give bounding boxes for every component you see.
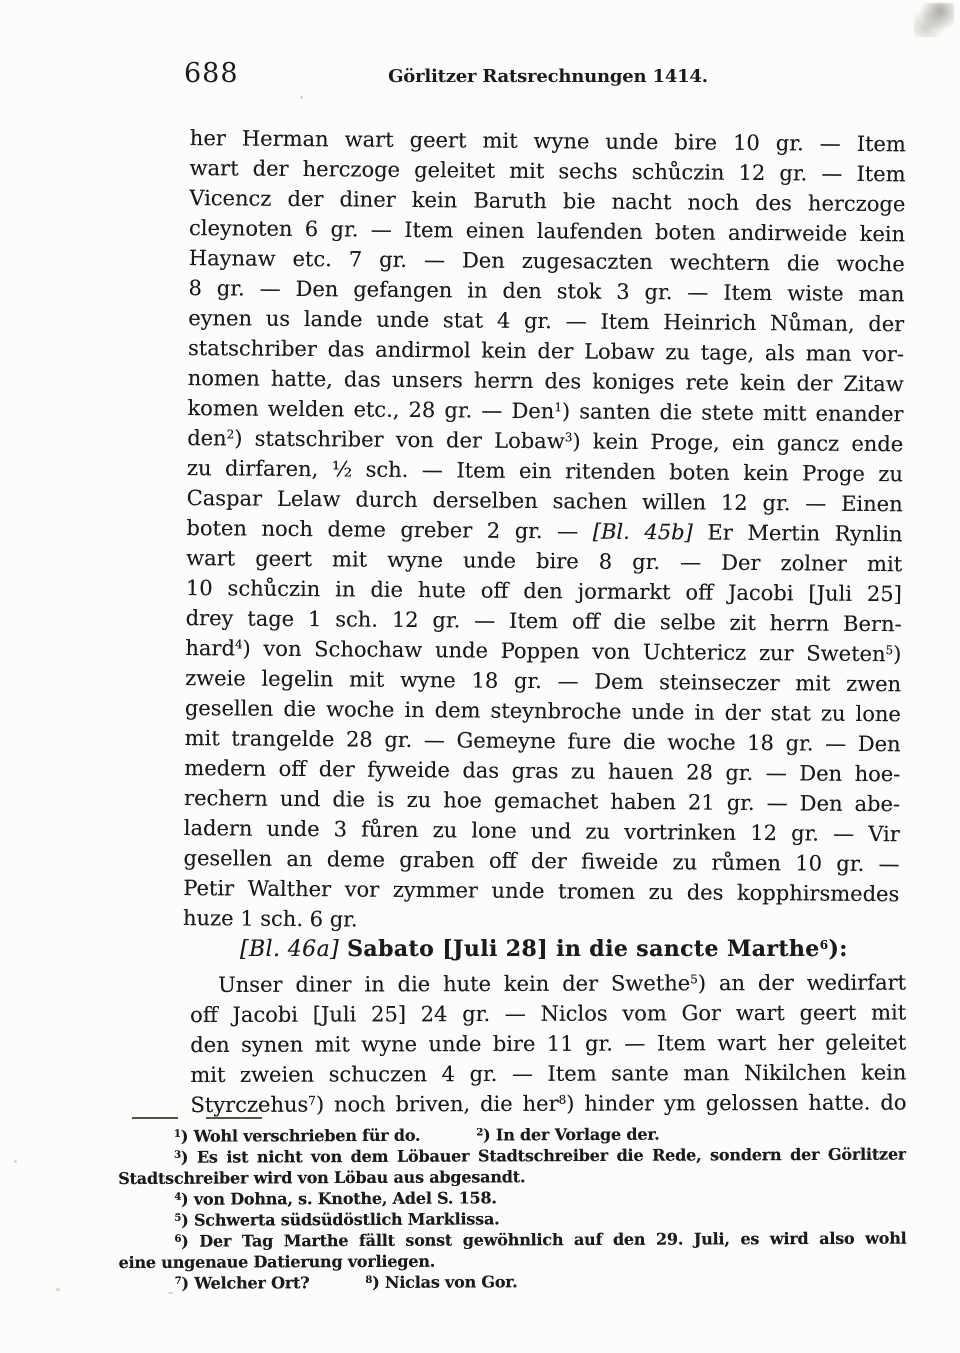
text-run: den <box>187 426 227 450</box>
entries-paragraph-2: Unser diner in die hute kein der Swethe5… <box>190 968 907 1120</box>
text-run: medern off der fyweide das gras zu hauen… <box>184 756 900 786</box>
footnote-reference: 4 <box>235 637 243 651</box>
footnote-line: 7) Welcher Ort?8) Niclas von Gor. <box>119 1270 907 1294</box>
text-line: mit zweien schuczen 4 gr. — Item sante m… <box>190 1058 906 1090</box>
text-run: wart geert mit wyne unde bire 8 gr. — De… <box>186 546 902 576</box>
footnote-reference: 1 <box>554 400 562 414</box>
text-run: [Bl. 46a] <box>240 937 339 962</box>
text-run: mit trangelde 28 gr. — Gemeyne fure die … <box>185 726 901 756</box>
scanned-book-page: 688 Görlitzer Ratsrechnungen 1414. her H… <box>0 0 960 1353</box>
text-run: ) Welcher Ort? <box>181 1273 309 1293</box>
text-run: den synen mit wyne unde bire 11 gr. — It… <box>190 1031 906 1057</box>
text-run: eine ungenaue Datierung vorliegen. <box>119 1252 436 1272</box>
section-heading-sabato: [Bl. 46a] Sabato [Juli 28] in die sancte… <box>240 934 920 965</box>
text-run: 10 schůczin in die hute off den jormarkt… <box>186 576 902 606</box>
text-run: komen welden etc., 28 gr. — Den <box>187 396 554 423</box>
footnote-reference: 7 <box>308 1094 316 1108</box>
text-run: ): <box>828 936 847 962</box>
footnote-reference: 4 <box>174 1192 181 1203</box>
text-run: statschriber das andirmol kein der Lobaw… <box>188 336 904 366</box>
text-run: wart der herczoge geleitet mit sechs sch… <box>190 156 906 186</box>
scan-speck <box>14 1160 17 1163</box>
text-run: ) <box>893 642 901 666</box>
text-line: Unser diner in die hute kein der Swethe5… <box>190 968 906 1000</box>
text-run: huze 1 sch. 6 gr. <box>183 906 358 932</box>
footnote-reference: 5 <box>174 1213 181 1224</box>
footnote-reference: 8 <box>365 1275 372 1286</box>
text-run: nomen hatte, das unsers herrn des konige… <box>188 366 904 396</box>
footnote-reference: 3 <box>174 1150 181 1161</box>
running-header: Görlitzer Ratsrechnungen 1414. <box>190 66 906 87</box>
text-line: 30off Jacobi [Juli 25] 24 gr. — Niclos v… <box>190 998 906 1030</box>
text-run: ) an der wedirfart <box>698 971 906 996</box>
scan-smudge-artifact <box>914 3 954 37</box>
footnote-reference: 3 <box>565 430 573 444</box>
text-run: boten noch deme greber 2 gr. — <box>186 516 593 544</box>
footnotes-block: 1) Wohl verschrieben für do.2) In der Vo… <box>118 1123 907 1294</box>
text-run: ) santen die stete mitt enander <box>562 399 904 426</box>
text-run: ) Es ist nicht von dem Löbauer Stadtschr… <box>181 1145 906 1167</box>
scan-speck <box>300 96 303 99</box>
text-run: [Bl. 45b] <box>593 520 693 545</box>
text-run: rechern und die is zu hoe gemachet haben… <box>184 786 900 816</box>
text-run: ) noch briven, die her <box>316 1092 559 1117</box>
text-run: ) hinder ym gelossen hatte. do <box>566 1091 906 1116</box>
footnote-reference: 5 <box>690 972 698 986</box>
text-run: Sabato [Juli 28] in die sancte Marthe <box>339 936 820 962</box>
text-line: Styrczehus7) noch briven, die her8) hind… <box>190 1088 906 1120</box>
text-run: ) statschriber von der Lobaw <box>234 426 565 453</box>
text-run: Haynaw etc. 7 gr. — Den zugesaczten wech… <box>189 246 905 276</box>
text-run: ) von Dohna, s. Knothe, Adel S. 158. <box>181 1188 497 1208</box>
text-run: ) In der Vorlage der. <box>483 1125 659 1145</box>
text-run: hard <box>185 636 235 660</box>
footnote-reference: 2 <box>476 1127 483 1138</box>
text-run: drey tage 1 sch. 12 gr. — Item off die s… <box>186 606 902 636</box>
footnote-reference: 5 <box>886 643 894 657</box>
text-run: ) Wohl verschrieben für do. <box>181 1126 421 1146</box>
text-run: ) von Schochaw unde Poppen von Uchtericz… <box>242 636 885 666</box>
footnote-reference: 6 <box>174 1234 181 1245</box>
text-run: ) Der Tag Marthe fällt sonst gewöhnlich … <box>181 1229 906 1251</box>
footnote-reference: 1 <box>174 1129 181 1140</box>
text-run: 8 gr. — Den gefangen in den stok 3 gr. —… <box>188 276 904 306</box>
text-line: den synen mit wyne unde bire 11 gr. — It… <box>190 1028 906 1060</box>
footnote-reference: 7 <box>175 1276 182 1287</box>
text-run: her Herman wart geert mit wyne unde bire… <box>190 126 906 156</box>
footnote-reference: 6 <box>820 938 829 952</box>
text-run: off Jacobi [Juli 25] 24 gr. — Niclos vom… <box>190 1001 906 1027</box>
text-run: gesellen an deme graben off der fiweide … <box>183 846 899 876</box>
text-run: Caspar Lelaw durch derselben sachen will… <box>187 486 903 516</box>
text-run: ) Schwerta südsüdöstlich Marklissa. <box>181 1209 499 1229</box>
text-run: eynen us lande unde stat 4 gr. — Item He… <box>188 306 904 336</box>
text-run: Unser diner in die hute kein der Swethe <box>218 971 690 997</box>
footnote-separator-rule <box>132 1117 178 1119</box>
text-run: ) Niclas von Gor. <box>372 1272 517 1292</box>
text-run: Er Mertin Rynlin <box>693 520 903 546</box>
text-run: zu dirfaren, ½ sch. — Item ein ritenden … <box>187 456 903 486</box>
text-run: zweie legelin mit wyne 18 gr. — Dem stei… <box>185 666 901 696</box>
text-run: ladern unde 3 fůren zu lone und zu vortr… <box>184 816 900 846</box>
text-run: Styrczehus <box>190 1093 308 1117</box>
text-run: ) kein Proge, ein gancz ende <box>572 429 903 456</box>
text-run: Stadtschreiber wird von Löbau aus abgesa… <box>118 1167 525 1188</box>
footnote-reference: 2 <box>227 427 235 441</box>
text-run: gesellen die woche in dem steynbroche un… <box>185 696 901 726</box>
entries-paragraph-1: her Herman wart geert mit wyne unde bire… <box>183 123 906 939</box>
scan-speck <box>56 1288 60 1291</box>
text-run: Vicencz der diner kein Baruth bie nacht … <box>189 186 905 216</box>
footnote-reference: 8 <box>559 1093 567 1107</box>
text-run: Petir Walther vor zymmer unde tromen zu … <box>183 876 899 906</box>
text-run: mit zweien schuczen 4 gr. — Item sante m… <box>190 1061 906 1087</box>
text-run: cleynoten 6 gr. — Item einen laufenden b… <box>189 216 905 246</box>
